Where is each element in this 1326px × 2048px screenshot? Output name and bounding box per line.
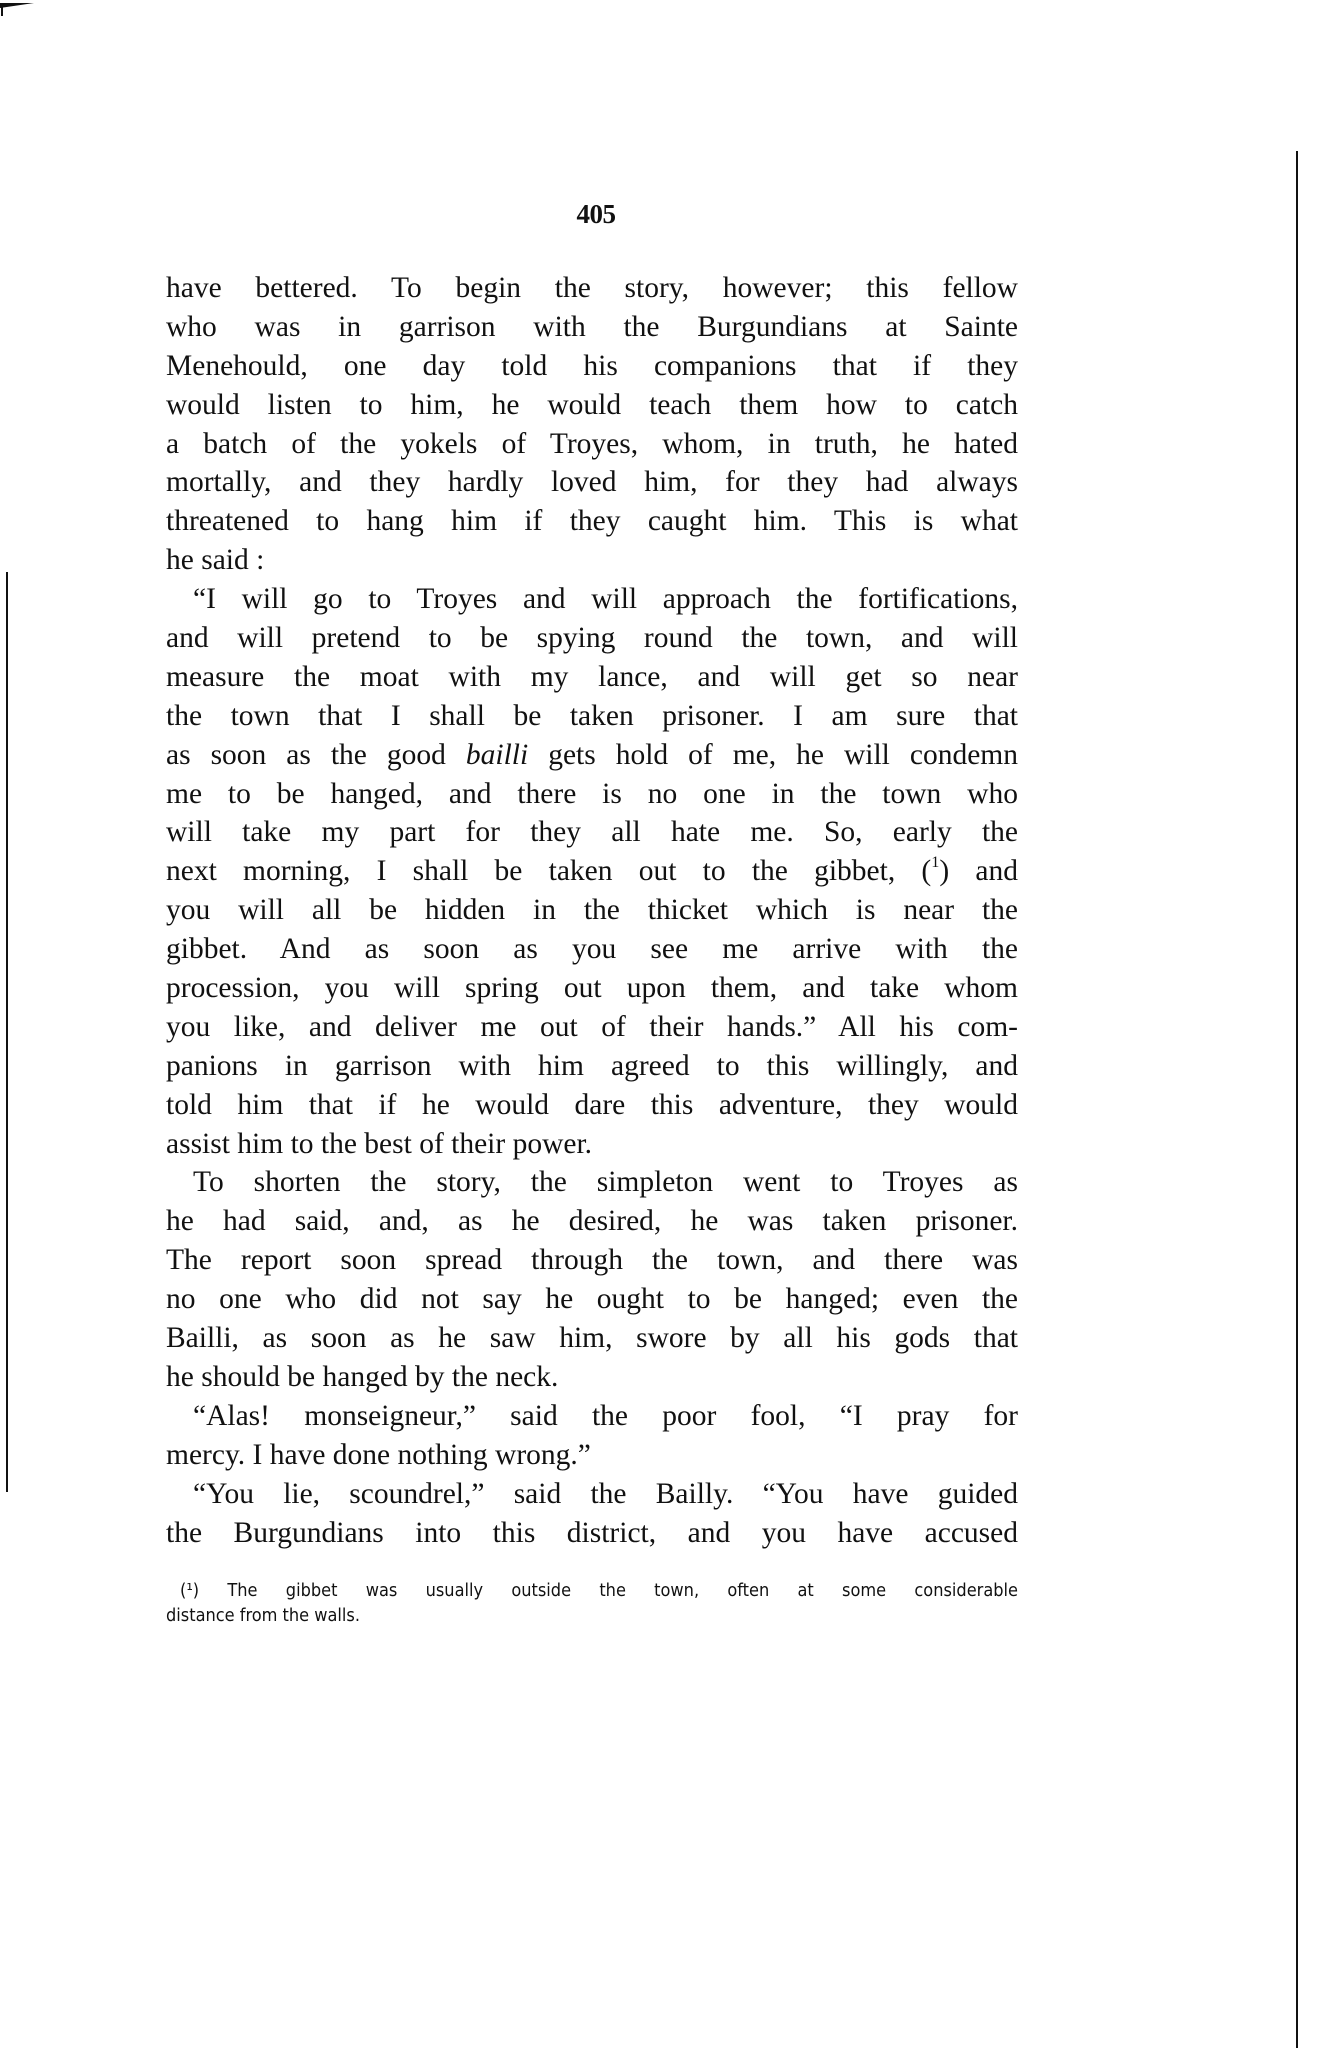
body-line: procession, you will spring out upon the…: [166, 969, 1018, 1008]
body-line: told him that if he would dare this adve…: [166, 1086, 1018, 1125]
footnote-line: distance from the walls.: [166, 1603, 1018, 1628]
body-line: next morning, I shall be taken out to th…: [166, 852, 1018, 891]
body-line: assist him to the best of their power.: [166, 1125, 1018, 1164]
body-line: The report soon spread through the town,…: [166, 1241, 1018, 1280]
body-line: gibbet. And as soon as you see me arrive…: [166, 930, 1018, 969]
footnote-line: (¹) The gibbet was usually outside the t…: [166, 1578, 1018, 1603]
body-line: would listen to him, he would teach them…: [166, 386, 1018, 425]
body-line: he had said, and, as he desired, he was …: [166, 1202, 1018, 1241]
body-line: the Burgundians into this district, and …: [166, 1514, 1018, 1553]
scan-edge-line-right: [1296, 151, 1298, 2048]
body-line: he should be hanged by the neck.: [166, 1358, 1018, 1397]
body-line: “Alas! monseigneur,” said the poor fool,…: [166, 1397, 1018, 1436]
body-line: have bettered. To begin the story, howev…: [166, 269, 1018, 308]
footnote: (¹) The gibbet was usually outside the t…: [166, 1578, 1018, 1628]
body-line: Bailli, as soon as he saw him, swore by …: [166, 1319, 1018, 1358]
body-line: mortally, and they hardly loved him, for…: [166, 463, 1018, 502]
body-line: as soon as the good bailli gets hold of …: [166, 736, 1018, 775]
scan-edge-line-left: [6, 572, 8, 1492]
body-line: measure the moat with my lance, and will…: [166, 658, 1018, 697]
footnote-reference: 1: [931, 853, 939, 871]
body-line: will take my part for they all hate me. …: [166, 813, 1018, 852]
body-line: who was in garrison with the Burgundians…: [166, 308, 1018, 347]
body-line: “I will go to Troyes and will approach t…: [166, 580, 1018, 619]
body-line: Menehould, one day told his companions t…: [166, 347, 1018, 386]
body-line: To shorten the story, the simpleton went…: [166, 1163, 1018, 1202]
body-line: you like, and deliver me out of their ha…: [166, 1008, 1018, 1047]
page-number: 405: [0, 199, 1192, 230]
italic-term: bailli: [466, 739, 528, 771]
body-line: threatened to hang him if they caught hi…: [166, 502, 1018, 541]
body-line: panions in garrison with him agreed to t…: [166, 1047, 1018, 1086]
body-line: a batch of the yokels of Troyes, whom, i…: [166, 425, 1018, 464]
body-line: “You lie, scoundrel,” said the Bailly. “…: [166, 1475, 1018, 1514]
body-line: no one who did not say he ought to be ha…: [166, 1280, 1018, 1319]
body-line: and will pretend to be spying round the …: [166, 619, 1018, 658]
body-text: have bettered. To begin the story, howev…: [166, 269, 1018, 1552]
scan-corner-mark-stem: [1, 4, 3, 16]
body-line: the town that I shall be taken prisoner.…: [166, 697, 1018, 736]
body-line: me to be hanged, and there is no one in …: [166, 775, 1018, 814]
body-line: he said :: [166, 541, 1018, 580]
body-line: mercy. I have done nothing wrong.”: [166, 1436, 1018, 1475]
body-line: you will all be hidden in the thicket wh…: [166, 891, 1018, 930]
scan-corner-mark: [0, 3, 34, 8]
